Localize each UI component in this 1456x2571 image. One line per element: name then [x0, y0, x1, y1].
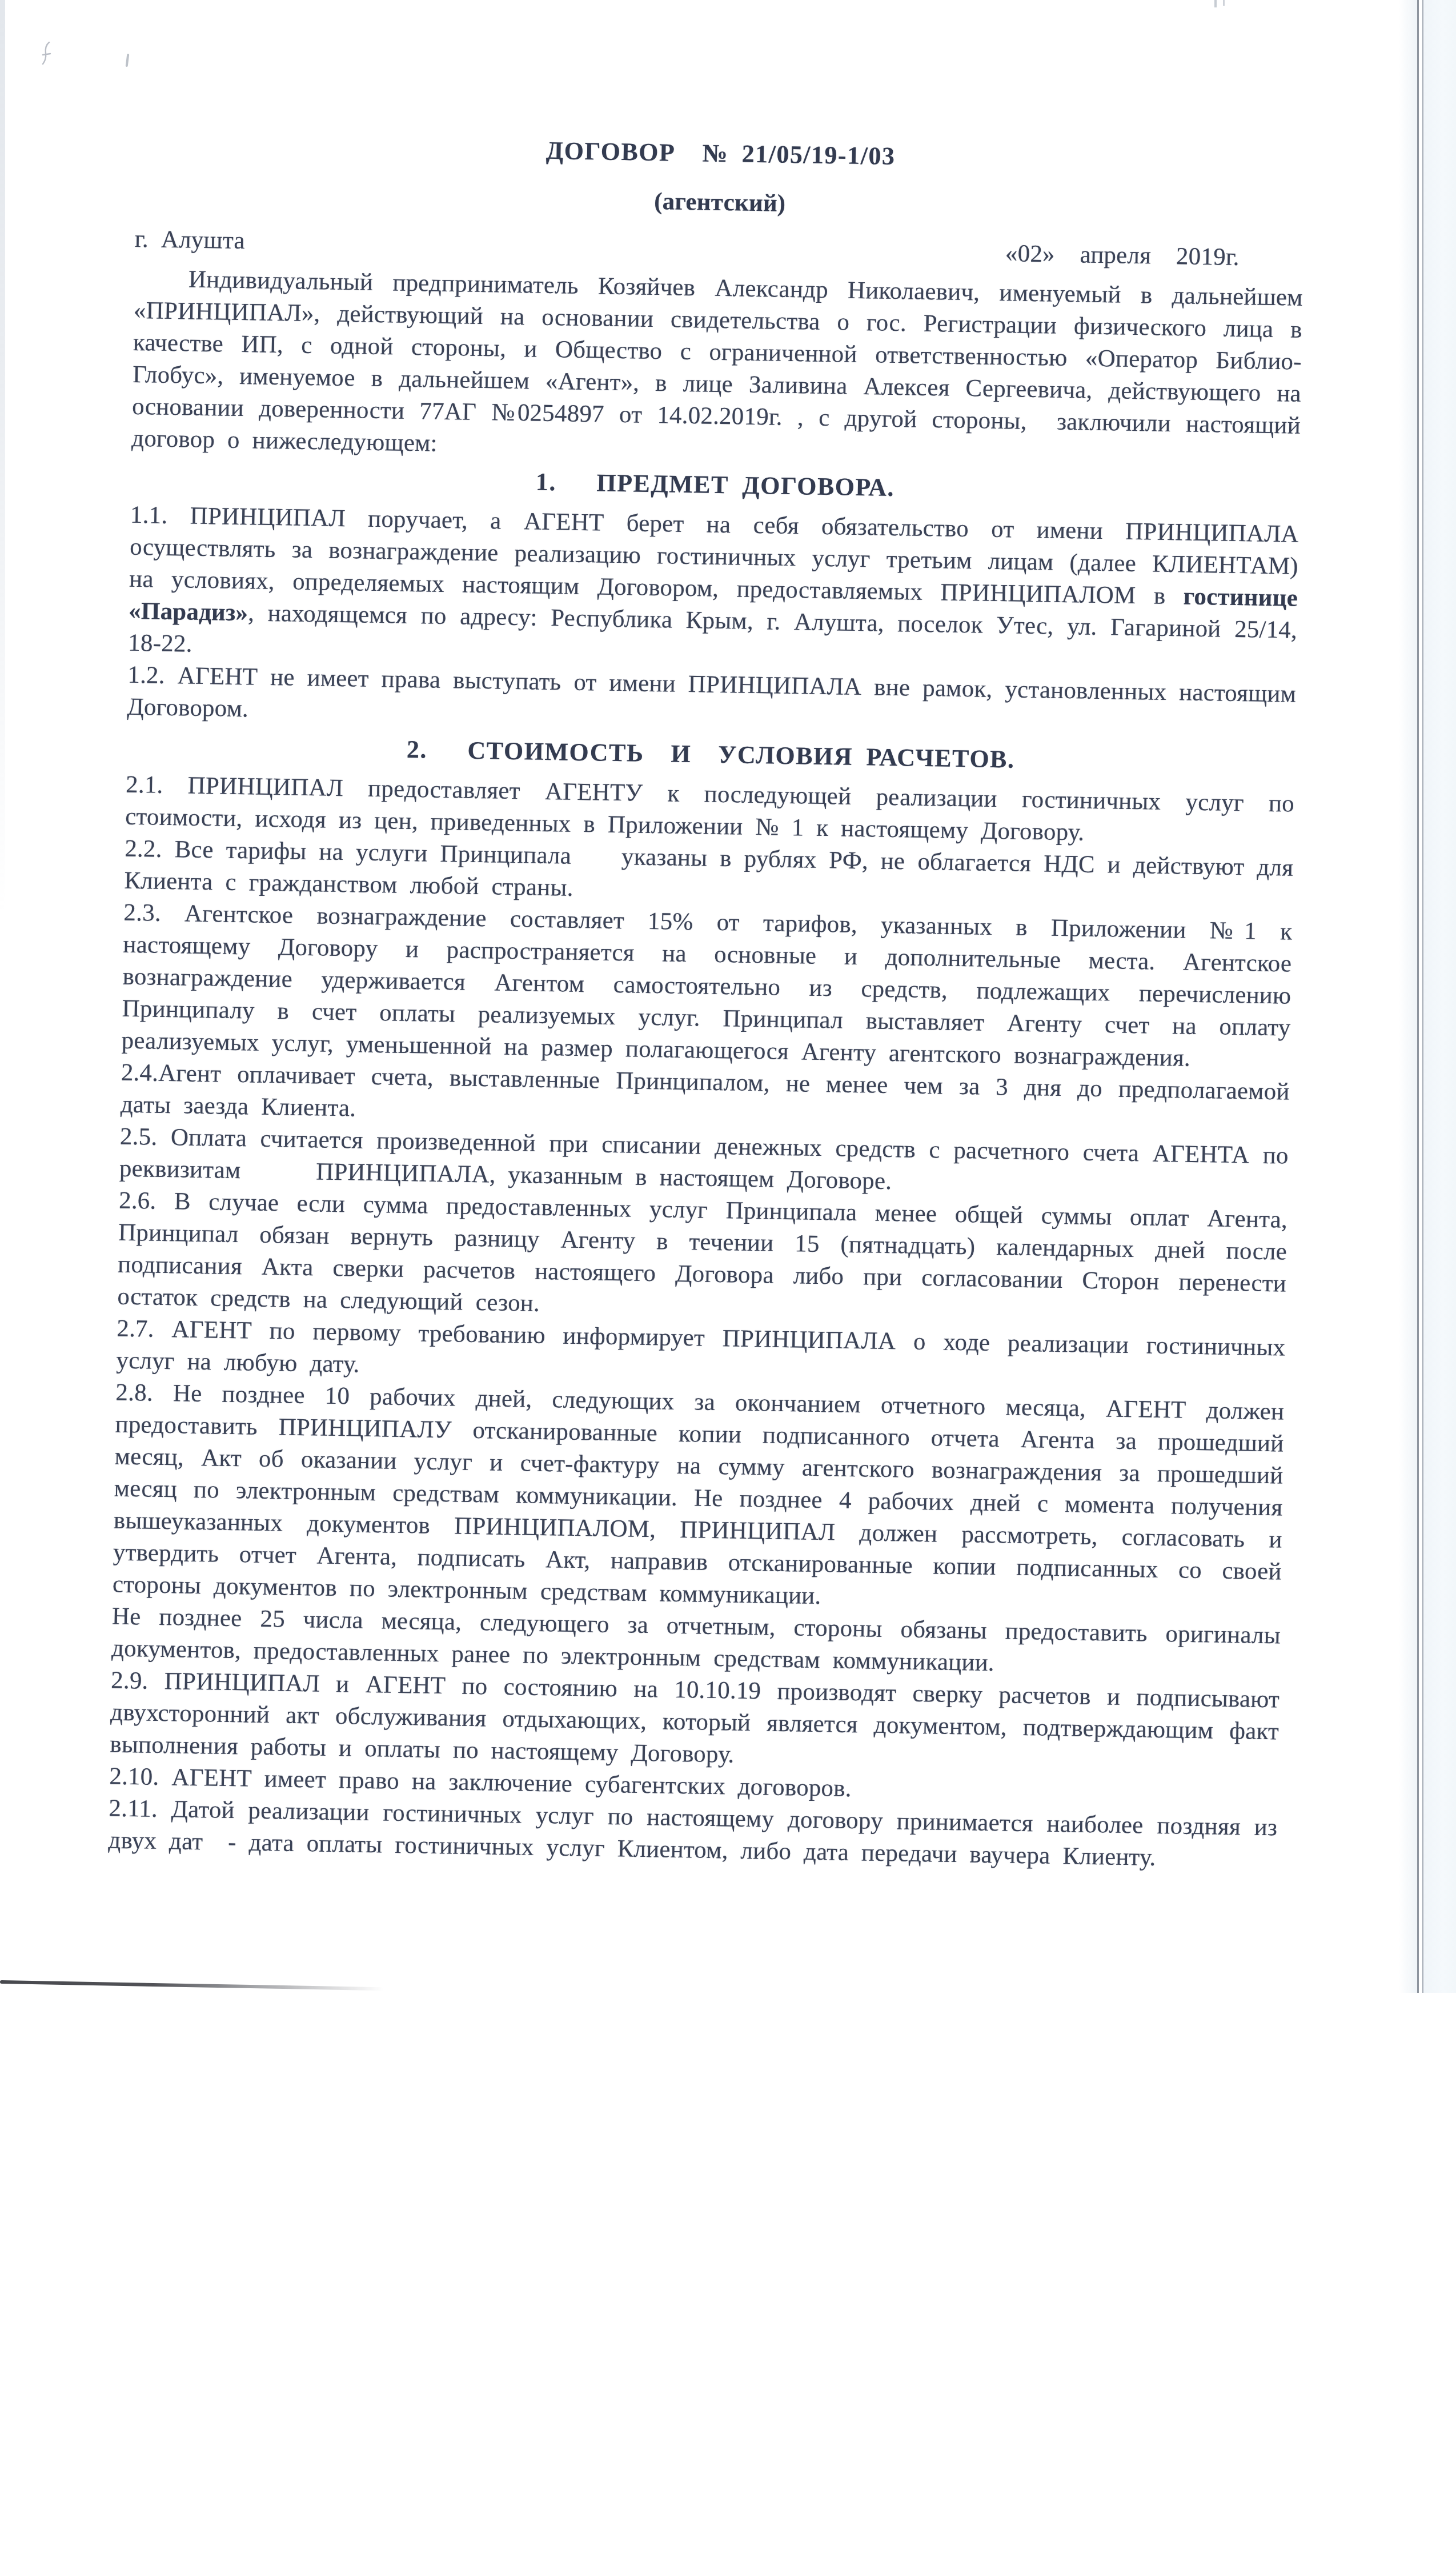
- contract-subtitle: (агентский): [135, 178, 1305, 227]
- clause-2-6: 2.6. В случае если сумма предоставленных…: [117, 1185, 1287, 1332]
- clause-2-8: 2.8. Не позднее 10 рабочих дней, следующ…: [113, 1377, 1285, 1620]
- clause-2-9: 2.9. ПРИНЦИПАЛ и АГЕНТ по состоянию на 1…: [110, 1665, 1280, 1780]
- scan-top-tick-icon: [1223, 0, 1225, 6]
- page-bottom-edge-line: [0, 1980, 384, 1991]
- clause-1-1-text: 1.1. ПРИНЦИПАЛ поручает, а АГЕНТ берет н…: [129, 502, 1311, 610]
- scan-top-tick-icon: [1214, 0, 1217, 7]
- scan-left-edge-shadow: [0, 0, 5, 914]
- contract-title: ДОГОВОР № 21/05/19-1/03: [136, 129, 1305, 178]
- pencil-smudge-icon: [41, 41, 53, 65]
- contract-document: ДОГОВОР № 21/05/19-1/03 (агентский) г. А…: [108, 0, 1307, 1876]
- pencil-tick-icon: [126, 54, 130, 67]
- clause-2-3: 2.3. Агентское вознаграждение составляет…: [121, 897, 1292, 1076]
- scan-right-outer-tint: [1423, 0, 1456, 1993]
- scan-right-inner-tint: [1399, 0, 1417, 1993]
- contract-date: «02» апреля 2019г.: [1005, 239, 1240, 272]
- clause-1-1: 1.1. ПРИНЦИПАЛ поручает, а АГЕНТ берет н…: [128, 499, 1299, 679]
- scanned-contract-page: ДОГОВОР № 21/05/19-1/03 (агентский) г. А…: [0, 0, 1456, 2571]
- page-right-edge-line: [1417, 0, 1423, 1993]
- scan-right-margin: [1399, 0, 1456, 1993]
- contract-place: г. Алушта: [135, 225, 245, 255]
- contract-preamble: Индивидуальный предприниматель Козяйчев …: [131, 263, 1303, 474]
